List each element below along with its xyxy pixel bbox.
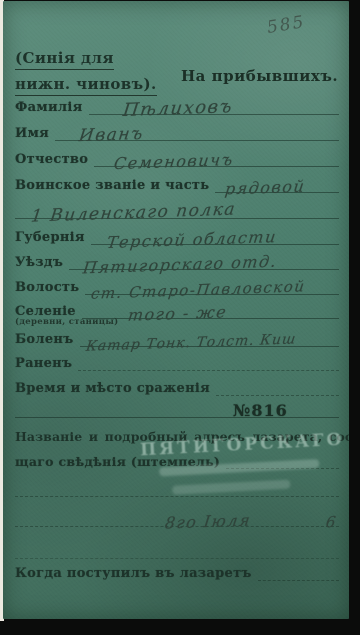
field-settlement-sublabel: (деревни, станицы) (15, 317, 119, 327)
field-district: Уѣздъ Пятигорскаго отд. (15, 252, 339, 270)
field-rank-unit-value: рядовой (224, 177, 307, 199)
field-province: Губернія Терской области (15, 227, 339, 245)
hospital-card: 585 (Синія для нижн. чиновъ). На прибывш… (3, 1, 349, 619)
field-district-label: Уѣздъ (15, 256, 69, 270)
field-sick-label: Боленъ (15, 333, 80, 347)
field-sick: Боленъ Катар Тонк. Толст. Киш (15, 329, 339, 347)
field-volost-value: ст. Старо-Павловской (90, 277, 307, 303)
field-first-name-value: Иванъ (78, 124, 145, 146)
divider-line-1 (15, 478, 339, 497)
field-district-value: Пятигорскаго отд. (82, 252, 279, 278)
date-value: 8го Іюля (164, 510, 252, 532)
field-settlement-line: того - же (82, 300, 339, 319)
field-surname: Фамилія Пѣлиховъ (15, 97, 339, 115)
field-province-label: Губернія (15, 231, 91, 245)
date-tail: 6 (325, 513, 338, 531)
divider-line-2 (15, 540, 339, 559)
blue-note-line1: (Синія для (15, 49, 114, 70)
field-province-value: Терской области (106, 227, 278, 252)
field-volost-line: ст. Старо-Павловской (85, 276, 339, 295)
divider-row-1 (15, 479, 339, 497)
field-rank-unit-line: рядовой (215, 174, 339, 193)
field-wounded-label: Раненъ (15, 357, 78, 371)
number-stamp-line: №816 (15, 399, 339, 418)
field-rank-unit-label: Воинское званіе и часть (15, 179, 215, 193)
field-wounded: Раненъ (15, 353, 339, 371)
field-patronymic-label: Отчество (15, 153, 94, 167)
field-regiment-line: 1 Виленскаго полка (15, 200, 339, 219)
field-regiment-continuation: 1 Виленскаго полка (15, 201, 339, 219)
field-regiment-value: 1 Виленскаго полка (30, 199, 237, 226)
hospital-note-line1: Названіе и подробный адресъ лазарета, со… (15, 429, 339, 444)
hospital-note-row: щаго свѣдѣнія (штемпель) (15, 451, 339, 469)
date-row: 8го Іюля 6 (15, 509, 339, 527)
field-first-name-line: Иванъ (55, 122, 339, 141)
field-district-line: Пятигорскаго отд. (69, 251, 339, 270)
date-line: 8го Іюля 6 (15, 508, 339, 527)
field-settlement-value: того - же (127, 302, 229, 325)
field-volost: Волость ст. Старо-Павловской (15, 277, 339, 295)
hospital-note-line (226, 450, 339, 469)
screenshot-root: 585 (Синія для нижн. чиновъ). На прибывш… (0, 0, 360, 635)
field-surname-line: Пѣлиховъ (89, 96, 340, 115)
number-stamp-row: №816 (15, 400, 339, 418)
field-patronymic: Отчество Семеновичъ (15, 149, 339, 167)
divider-row-2 (15, 541, 339, 559)
pencil-number: 585 (266, 12, 307, 38)
blue-note-line2: нижн. чиновъ). (15, 75, 157, 96)
field-first-name-label: Имя (15, 127, 55, 141)
field-battle: Время и мѣсто сраженія (15, 378, 339, 396)
field-admitted: Когда поступилъ въ лазаретъ (15, 563, 339, 581)
blue-note: (Синія для нижн. чиновъ). (15, 49, 157, 101)
field-surname-value: Пѣлиховъ (121, 96, 234, 121)
field-battle-label: Время и мѣсто сраженія (15, 382, 216, 396)
field-admitted-label: Когда поступилъ въ лазаретъ (15, 567, 258, 581)
field-first-name: Имя Иванъ (15, 123, 339, 141)
number-stamp: №816 (233, 401, 288, 420)
field-patronymic-line: Семеновичъ (94, 148, 339, 167)
field-surname-label: Фамилія (15, 101, 89, 115)
field-wounded-line (78, 352, 339, 371)
field-admitted-line (258, 562, 339, 581)
field-volost-label: Волость (15, 281, 85, 295)
field-patronymic-value: Семеновичъ (113, 150, 235, 173)
field-province-line: Терской области (91, 226, 339, 245)
hospital-note-line2: щаго свѣдѣнія (штемпель) (15, 455, 226, 469)
field-sick-line: Катар Тонк. Толст. Киш (80, 328, 339, 347)
page-title: На прибывшихъ. (181, 67, 338, 85)
field-battle-line (216, 377, 339, 396)
field-rank-unit: Воинское званіе и часть рядовой (15, 175, 339, 193)
